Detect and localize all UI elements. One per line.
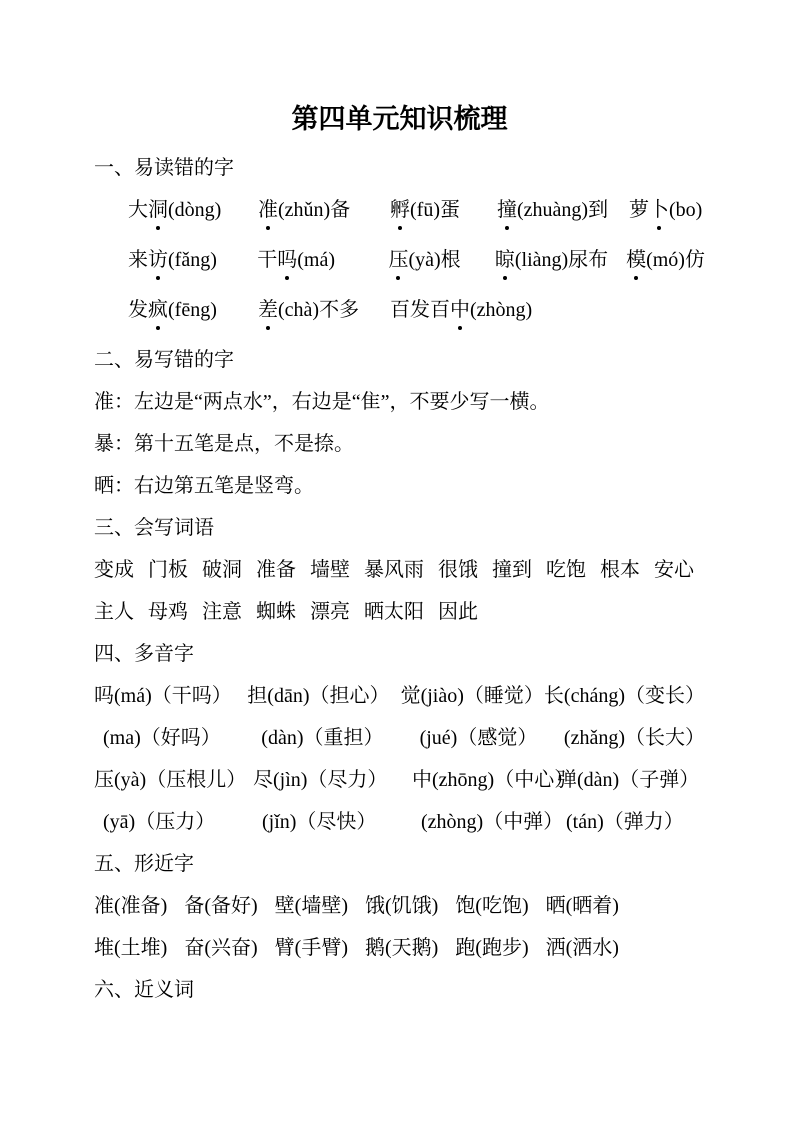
lookalike-item: 臂(手臂) bbox=[275, 933, 348, 963]
section-1-heading: 一、易读错的字 bbox=[94, 153, 705, 183]
word: 暴风雨 bbox=[364, 555, 424, 585]
polyphone-cell: 吗(má)（干吗） bbox=[94, 681, 247, 711]
word: 吃饱 bbox=[546, 555, 586, 585]
polyphone-cell: 觉(jiào)（睡觉） bbox=[401, 681, 544, 711]
emphasized-char: 疯 bbox=[148, 295, 168, 325]
word: 很饿 bbox=[438, 555, 478, 585]
word-item: 孵(fū)蛋 bbox=[390, 195, 497, 225]
lookalike-item: 壁(墙壁) bbox=[275, 891, 348, 921]
emphasized-char: 中 bbox=[450, 295, 470, 325]
section-3-heading: 三、会写词语 bbox=[94, 513, 705, 543]
polyphone-row-2: (ma)（好吗） (dàn)（重担） (jué)（感觉） (zhǎng)（长大） bbox=[94, 723, 705, 753]
word: 晒太阳 bbox=[364, 597, 424, 627]
lookalike-row-1: 准(准备) 备(备好) 壁(墙壁) 饿(饥饿) 饱(吃饱) 晒(晒着) bbox=[94, 891, 705, 921]
polyphone-cell: (tán)（弹力） bbox=[557, 807, 705, 837]
word: 安心 bbox=[654, 555, 694, 585]
easy-misread-row-1: 大洞(dòng) 准(zhǔn)备 孵(fū)蛋 撞(zhuàng)到 萝卜(b… bbox=[128, 195, 705, 225]
lookalike-row-2: 堆(土堆) 奋(兴奋) 臂(手臂) 鹅(天鹅) 跑(跑步) 洒(洒水) bbox=[94, 933, 705, 963]
word: 准备 bbox=[256, 555, 296, 585]
polyphone-cell: 长(cháng)（变长） bbox=[544, 681, 705, 711]
lookalike-item: 洒(洒水) bbox=[546, 933, 619, 963]
word: 撞到 bbox=[492, 555, 532, 585]
emphasized-char: 差 bbox=[258, 295, 278, 325]
emphasized-char: 压 bbox=[388, 245, 408, 275]
polyphone-row-4: (yā)（压力） (jǐn)（尽快） (zhòng)（中弹） (tán)（弹力） bbox=[94, 807, 705, 837]
polyphone-cell: 尽(jìn)（尽力） bbox=[253, 765, 412, 795]
lookalike-item: 奋(兴奋) bbox=[184, 933, 257, 963]
polyphone-cell: 担(dān)（担心） bbox=[247, 681, 400, 711]
word: 墙壁 bbox=[310, 555, 350, 585]
word-item: 差(chà)不多 bbox=[258, 295, 390, 325]
word: 变成 bbox=[94, 555, 134, 585]
lookalike-item: 鹅(天鹅) bbox=[365, 933, 438, 963]
emphasized-char: 晾 bbox=[495, 245, 515, 275]
word: 门板 bbox=[148, 555, 188, 585]
section-6-heading: 六、近义词 bbox=[94, 975, 705, 1005]
lookalike-item: 晒(晒着) bbox=[546, 891, 619, 921]
polyphone-cell: 中(zhōng)（中心） bbox=[412, 765, 557, 795]
lookalike-item: 堆(土堆) bbox=[94, 933, 167, 963]
word-item: 晾(liàng)尿布 bbox=[495, 245, 626, 275]
section-4-heading: 四、多音字 bbox=[94, 639, 705, 669]
word: 母鸡 bbox=[148, 597, 188, 627]
emphasized-char: 吗 bbox=[277, 245, 297, 275]
polyphone-cell: (ma)（好吗） bbox=[94, 723, 252, 753]
word: 根本 bbox=[600, 555, 640, 585]
polyphone-row-3: 压(yà)（压根儿） 尽(jìn)（尽力） 中(zhōng)（中心） 弹(dàn… bbox=[94, 765, 705, 795]
emphasized-char: 洞 bbox=[148, 195, 168, 225]
word-item: 发疯(fēng) bbox=[128, 295, 258, 325]
polyphone-cell: 压(yà)（压根儿） bbox=[94, 765, 253, 795]
word-item: 压(yà)根 bbox=[388, 245, 494, 275]
note-line: 准：左边是“两点水”，右边是“隹”，不要少写一横。 bbox=[94, 387, 705, 417]
section-5-heading: 五、形近字 bbox=[94, 849, 705, 879]
polyphone-cell: (zhǎng)（长大） bbox=[555, 723, 705, 753]
polyphone-cell: (yā)（压力） bbox=[94, 807, 253, 837]
emphasized-char: 卜 bbox=[649, 195, 669, 225]
word: 注意 bbox=[202, 597, 242, 627]
emphasized-char: 孵 bbox=[390, 195, 410, 225]
easy-misread-row-3: 发疯(fēng) 差(chà)不多 百发百中(zhòng) bbox=[128, 295, 705, 325]
word-item: 百发百中(zhòng) bbox=[390, 295, 705, 325]
polyphone-cell: (jǐn)（尽快） bbox=[253, 807, 412, 837]
lookalike-item: 饱(吃饱) bbox=[455, 891, 528, 921]
lookalike-item: 跑(跑步) bbox=[455, 933, 528, 963]
section-2-heading: 二、易写错的字 bbox=[94, 345, 705, 375]
word-list-row-2: 主人 母鸡 注意 蜘蛛 漂亮 晒太阳 因此 bbox=[94, 597, 705, 627]
word-item: 来访(fǎng) bbox=[128, 245, 257, 275]
word-item: 模(mó)仿 bbox=[626, 245, 705, 275]
polyphone-cell: 弹(dàn)（子弹） bbox=[557, 765, 705, 795]
word-item: 干吗(má) bbox=[257, 245, 388, 275]
note-line: 晒：右边第五笔是竖弯。 bbox=[94, 471, 705, 501]
word: 漂亮 bbox=[310, 597, 350, 627]
polyphone-row-1: 吗(má)（干吗） 担(dān)（担心） 觉(jiào)（睡觉） 长(cháng… bbox=[94, 681, 705, 711]
emphasized-char: 模 bbox=[626, 245, 646, 275]
word-item: 萝卜(bo) bbox=[629, 195, 705, 225]
doc-title: 第四单元知识梳理 bbox=[94, 100, 705, 140]
word-item: 撞(zhuàng)到 bbox=[497, 195, 629, 225]
document-page: 第四单元知识梳理 一、易读错的字 大洞(dòng) 准(zhǔn)备 孵(fū)… bbox=[0, 0, 793, 1122]
word: 蜘蛛 bbox=[256, 597, 296, 627]
emphasized-char: 准 bbox=[258, 195, 278, 225]
polyphone-cell: (jué)（感觉） bbox=[411, 723, 555, 753]
word-item: 大洞(dòng) bbox=[128, 195, 258, 225]
note-line: 暴：第十五笔是点，不是捺。 bbox=[94, 429, 705, 459]
easy-misread-row-2: 来访(fǎng) 干吗(má) 压(yà)根 晾(liàng)尿布 模(mó)仿 bbox=[128, 245, 705, 275]
word: 因此 bbox=[438, 597, 478, 627]
polyphone-cell: (dàn)（重担） bbox=[252, 723, 410, 753]
lookalike-item: 饿(饥饿) bbox=[365, 891, 438, 921]
word: 主人 bbox=[94, 597, 134, 627]
polyphone-cell: (zhòng)（中弹） bbox=[412, 807, 557, 837]
word-item: 准(zhǔn)备 bbox=[258, 195, 390, 225]
word-list-row-1: 变成 门板 破洞 准备 墙壁 暴风雨 很饿 撞到 吃饱 根本 安心 bbox=[94, 555, 705, 585]
emphasized-char: 撞 bbox=[497, 195, 517, 225]
emphasized-char: 访 bbox=[148, 245, 168, 275]
lookalike-item: 准(准备) bbox=[94, 891, 167, 921]
lookalike-item: 备(备好) bbox=[184, 891, 257, 921]
word: 破洞 bbox=[202, 555, 242, 585]
